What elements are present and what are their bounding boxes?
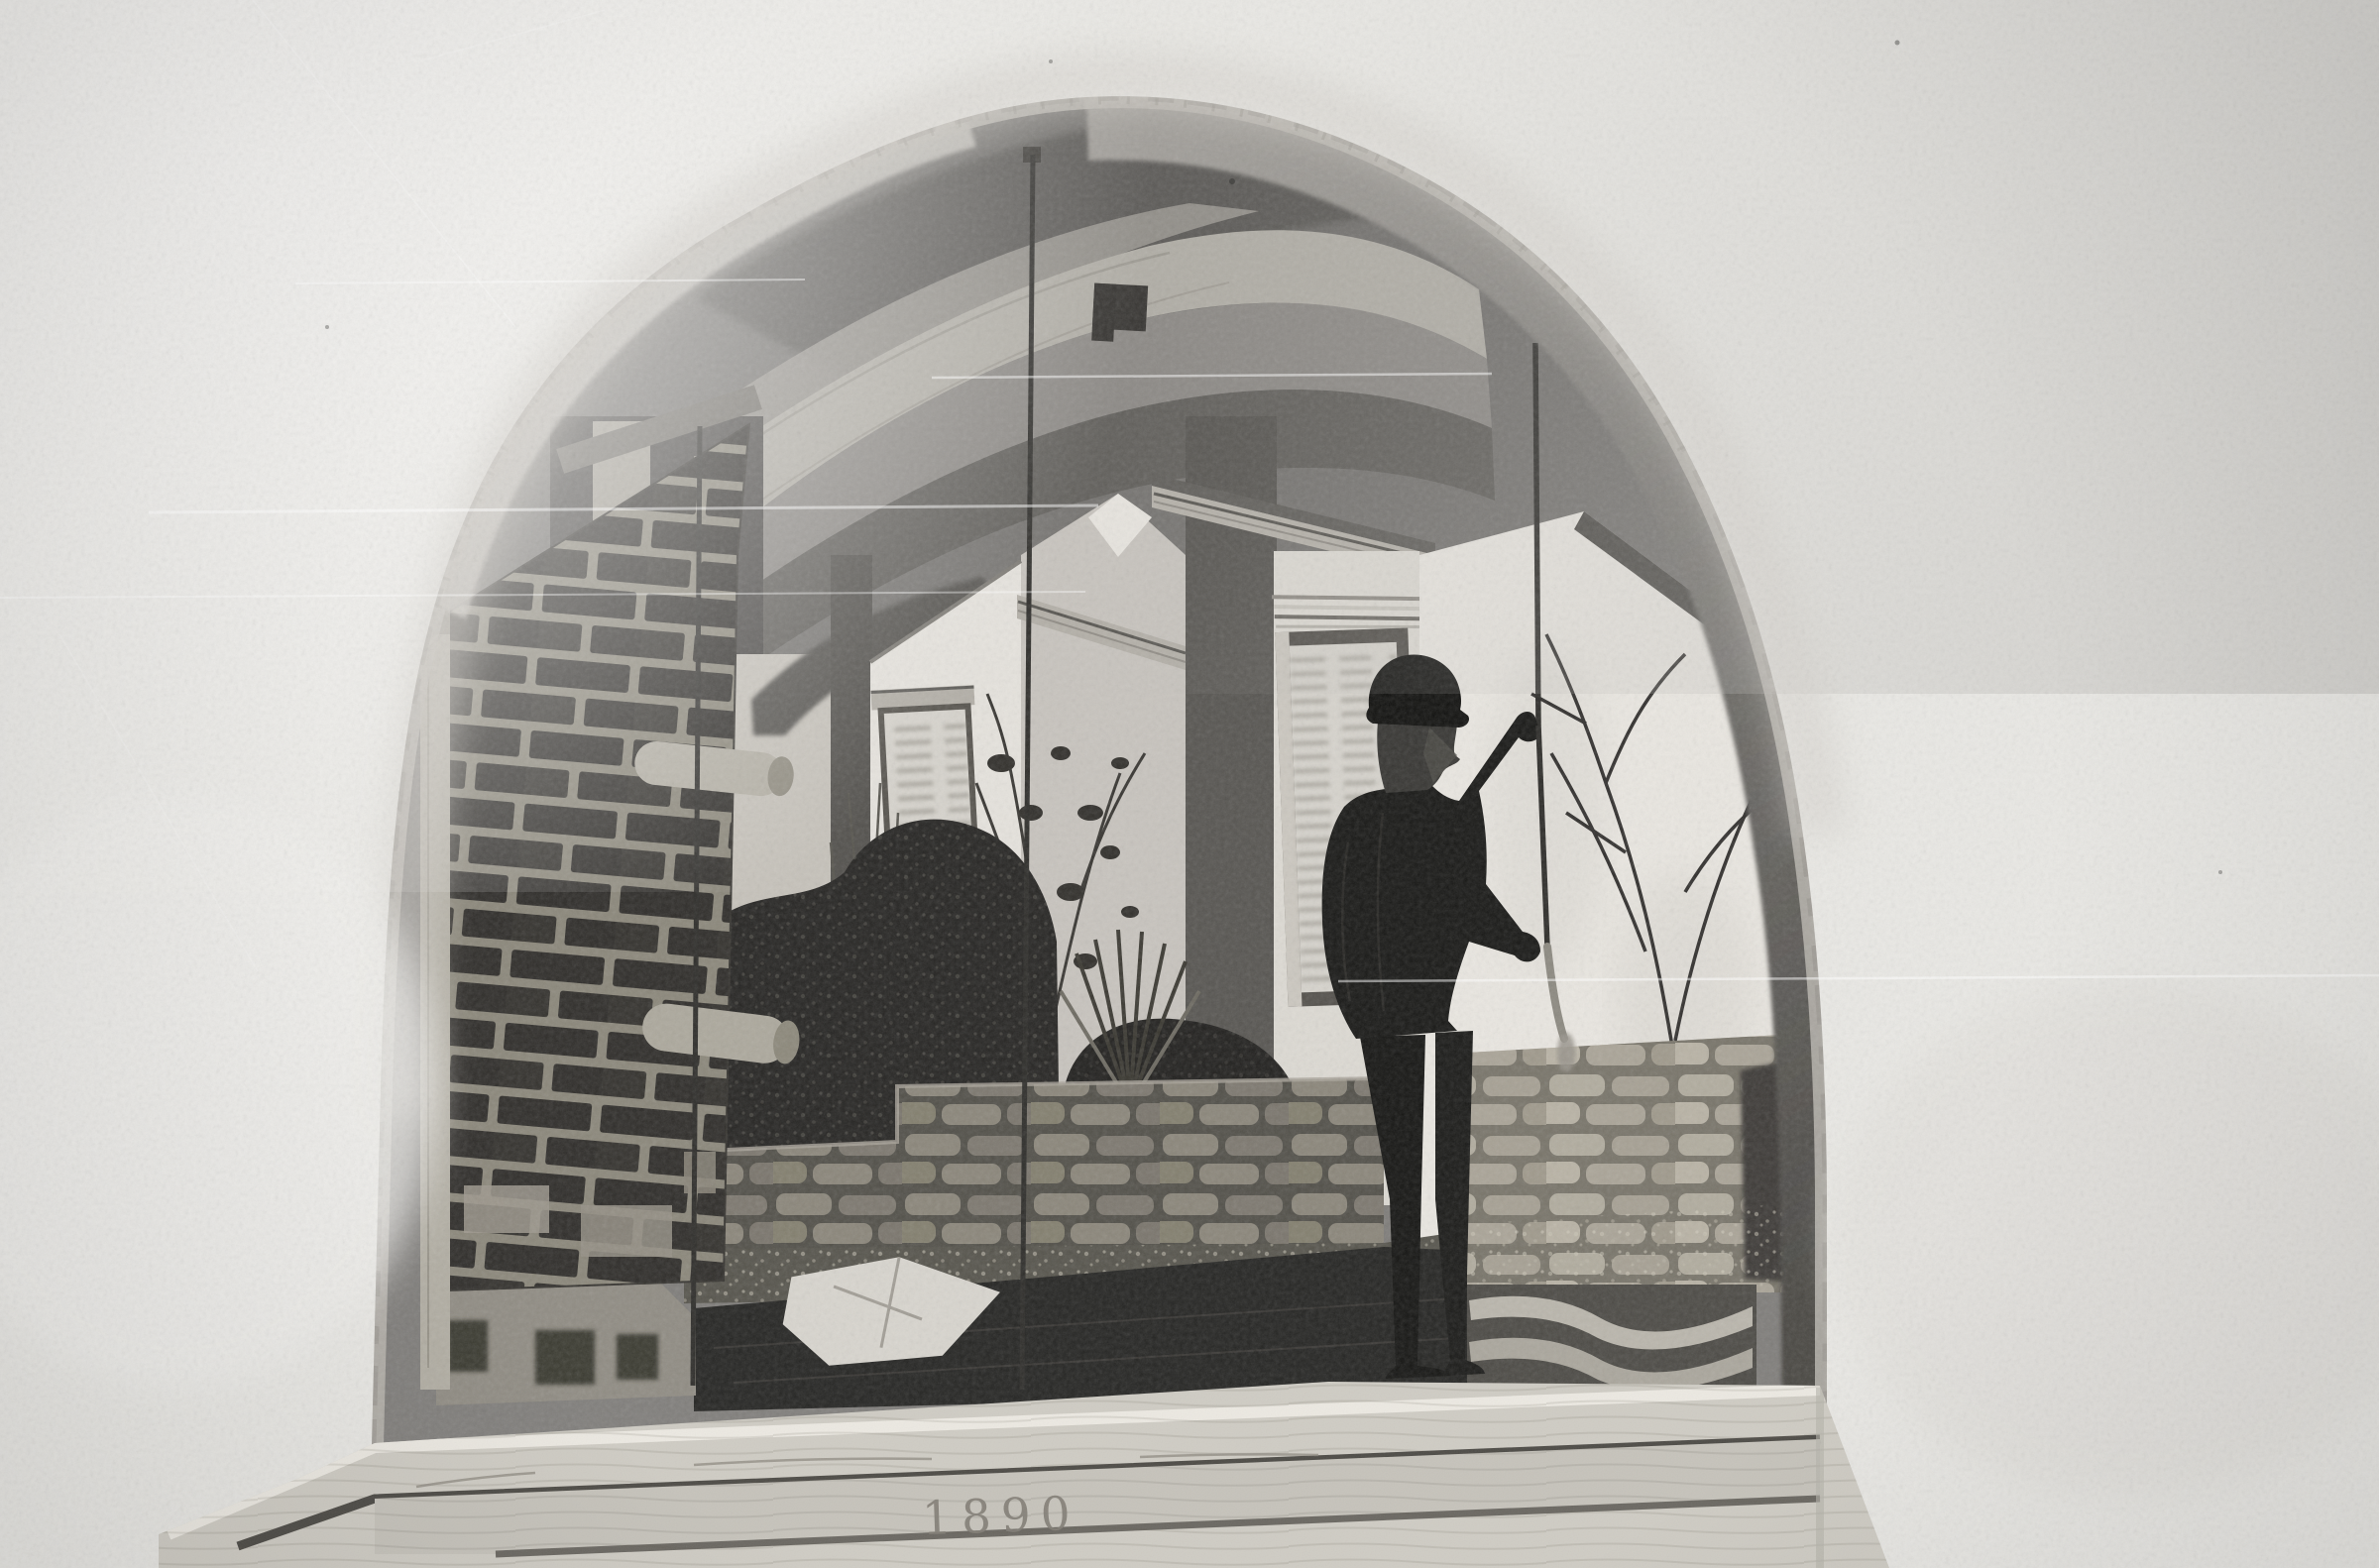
film-grain xyxy=(0,0,2379,1568)
photograph: 1890 xyxy=(0,0,2379,1568)
